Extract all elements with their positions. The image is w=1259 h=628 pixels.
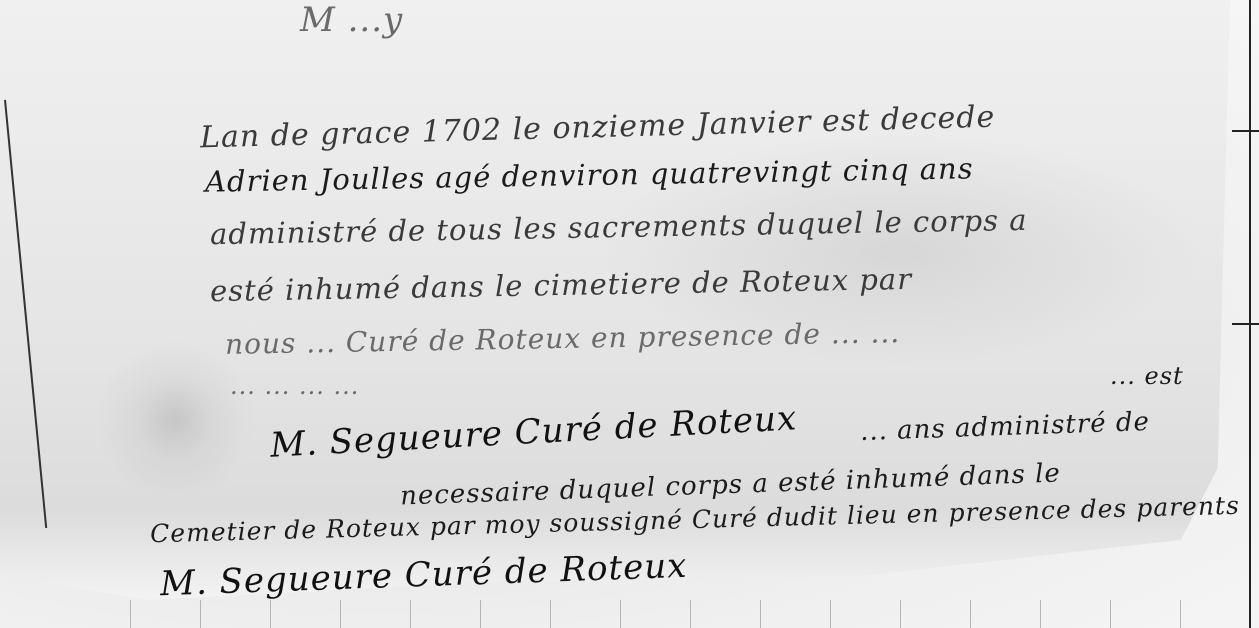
grid-line (410, 600, 411, 628)
grid-line (970, 600, 971, 628)
rule-tick (1232, 130, 1259, 132)
right-border-rule (1249, 0, 1251, 628)
grid-line (340, 600, 341, 628)
grid-line (270, 600, 271, 628)
grid-line (200, 600, 201, 628)
entry-1-line-6: ... ... ... ... (230, 372, 359, 400)
grid-line (130, 600, 131, 628)
rule-tick (1232, 323, 1259, 325)
header-fragment: M ...y (300, 0, 403, 40)
scanned-page: M ...y Lan de grace 1702 le onzieme Janv… (0, 0, 1259, 628)
grid-line (690, 600, 691, 628)
grid-line (900, 600, 901, 628)
grid-line (830, 600, 831, 628)
grid-line (1110, 600, 1111, 628)
entry-2-line-1: ... est (1110, 362, 1184, 390)
grid-line (1040, 600, 1041, 628)
grid-line (760, 600, 761, 628)
grid-line (620, 600, 621, 628)
grid-line (1180, 600, 1181, 628)
grid-line (550, 600, 551, 628)
grid-line (480, 600, 481, 628)
